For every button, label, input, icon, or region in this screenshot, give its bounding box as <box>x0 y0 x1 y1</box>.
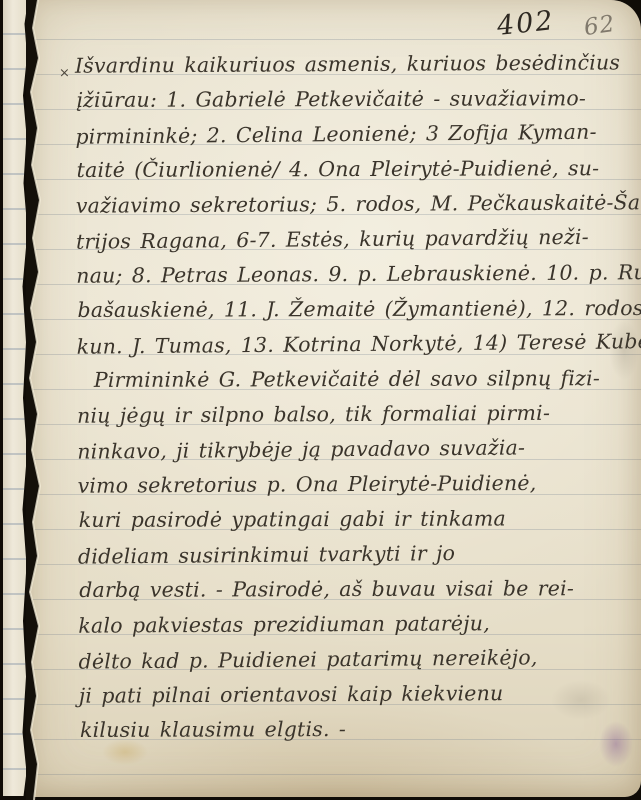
page-number-ink: 402 <box>496 5 556 42</box>
manuscript-line-text: vimo sekretorius p. Ona Pleirytė-Puidien… <box>77 471 536 498</box>
manuscript-line: ninkavo, ji tikrybėje ją pavadavo suvaži… <box>77 429 637 469</box>
manuscript-line: vimo sekretorius p. Ona Pleirytė-Puidien… <box>77 465 637 503</box>
manuscript-line-text: kuri pasirodė ypatingai gabi ir tinkama <box>79 506 506 531</box>
manuscript-line-text: taitė (Čiurlionienė/ 4. Ona Pleirytė-Pui… <box>77 156 600 182</box>
manuscript-line-text: kilusiu klausimu elgtis. - <box>80 717 346 742</box>
manuscript-line-text: trijos Ragana, 6-7. Estės, kurių pavardž… <box>76 225 589 254</box>
manuscript-line-text: važiavimo sekretorius; 5. rodos, M. Pečk… <box>76 190 641 217</box>
manuscript-line-text: dėlto kad p. Puidienei patarimų nereikėj… <box>78 645 537 673</box>
manuscript-line-text: Pirmininkė G. Petkevičaitė dėl savo silp… <box>94 366 600 392</box>
manuscript-line-text: kalo pakviestas prezidiuman patarėju, <box>78 611 490 638</box>
manuscript-line-text: pirmininkė; 2. Celina Leonienė; 3 Zofija… <box>75 120 596 149</box>
manuscript-line: nių jėgų ir silpno balso, tik formaliai … <box>77 395 637 433</box>
manuscript-line: Pirmininkė G. Petkevičaitė dėl savo silp… <box>78 361 638 398</box>
manuscript-line: įžiūrau: 1. Gabrielė Petkevičaitė - suva… <box>76 81 636 118</box>
manuscript-line-text: nau; 8. Petras Leonas. 9. p. Lebrauskien… <box>76 260 641 288</box>
notebook-page: 402 62 × Išvardinu kaikuriuos asmenis, k… <box>30 0 641 797</box>
manuscript-line: kun. J. Tumas, 13. Kotrina Norkytė, 14) … <box>77 324 637 364</box>
manuscript-line-text: bašauskienė, 11. J. Žemaitė (Žymantienė)… <box>77 296 641 322</box>
manuscript-line: kuri pasirodė ypatingai gabi ir tinkama <box>79 501 639 538</box>
manuscript-line: kalo pakviestas prezidiuman patarėju, <box>78 605 638 643</box>
manuscript-text: × Išvardinu kaikuriuos asmenis, kuriuos … <box>75 45 639 748</box>
manuscript-line: bašauskienė, 11. J. Žemaitė (Žymantienė)… <box>77 291 637 328</box>
manuscript-line: dideliam susirinkimui tvarkyti ir jo <box>78 534 638 574</box>
torn-edge-decoration <box>26 0 48 800</box>
page-number-pencil: 62 <box>582 11 617 41</box>
manuscript-line: nau; 8. Petras Leonas. 9. p. Lebrauskien… <box>76 255 636 293</box>
manuscript-line: taitė (Čiurlionienė/ 4. Ona Pleirytė-Pui… <box>77 151 637 188</box>
manuscript-line: trijos Ragana, 6-7. Estės, kurių pavardž… <box>76 219 636 259</box>
torn-page-stub <box>3 0 28 796</box>
manuscript-line: × Išvardinu kaikuriuos asmenis, kuriuos … <box>75 45 635 83</box>
manuscript-line: pirmininkė; 2. Celina Leonienė; 3 Zofija… <box>75 114 635 154</box>
manuscript-line-text: darbą vesti. - Pasirodė, aš buvau visai … <box>79 576 574 602</box>
manuscript-line-text: dideliam susirinkimui tvarkyti ir jo <box>78 541 455 569</box>
manuscript-line: darbą vesti. - Pasirodė, aš buvau visai … <box>79 571 639 608</box>
manuscript-line-text: ji pati pilnai orientavosi kaip kiekvien… <box>79 681 504 708</box>
margin-mark: × <box>59 56 70 91</box>
manuscript-line: dėlto kad p. Puidienei patarimų nereikėj… <box>78 639 638 679</box>
manuscript-line-text: ninkavo, ji tikrybėje ją pavadavo suvaži… <box>77 435 525 463</box>
manuscript-line-text: įžiūrau: 1. Gabrielė Petkevičaitė - suva… <box>76 86 586 112</box>
manuscript-line-text: nių jėgų ir silpno balso, tik formaliai … <box>77 401 550 428</box>
manuscript-line: kilusiu klausimu elgtis. - <box>80 711 640 748</box>
manuscript-line: važiavimo sekretorius; 5. rodos, M. Pečk… <box>76 185 636 223</box>
manuscript-line: ji pati pilnai orientavosi kaip kiekvien… <box>79 675 639 713</box>
photo-background: 402 62 × Išvardinu kaikuriuos asmenis, k… <box>0 0 641 800</box>
manuscript-line-text: Išvardinu kaikuriuos asmenis, kuriuos be… <box>75 50 620 77</box>
manuscript-line-text: kun. J. Tumas, 13. Kotrina Norkytė, 14) … <box>77 328 641 358</box>
